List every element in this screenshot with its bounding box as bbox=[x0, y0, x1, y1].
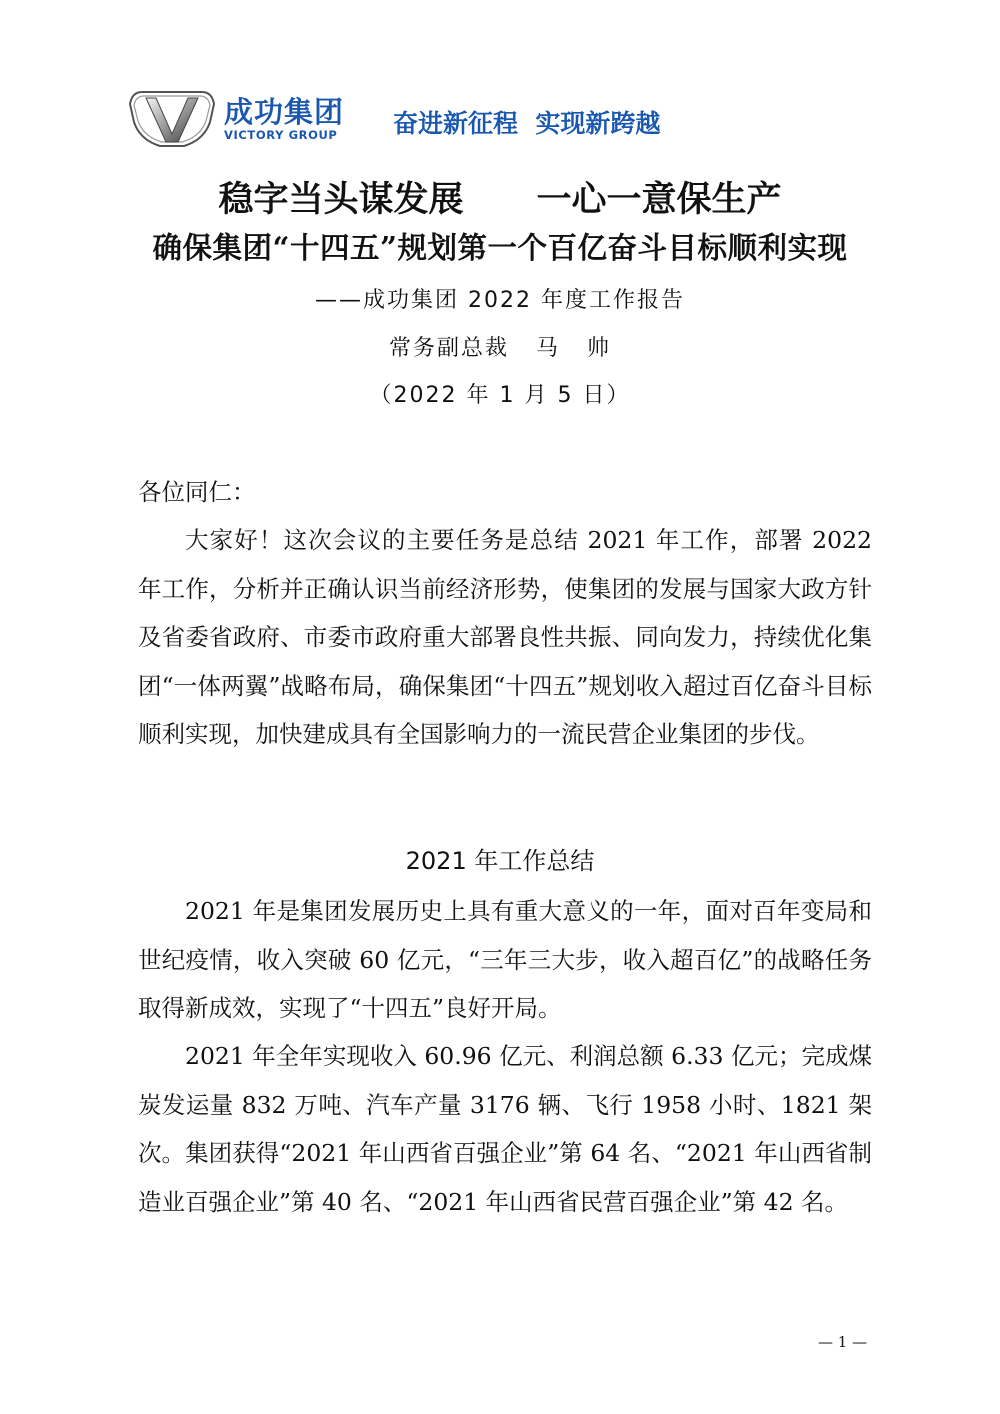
header-banner: 成功集团 VICTORY GROUP 奋进新征程 实现新跨越 bbox=[128, 88, 688, 150]
document-page: 成功集团 VICTORY GROUP 奋进新征程 实现新跨越 稳字当头谋发展 一… bbox=[0, 0, 1000, 1414]
speaker-line: 常务副总裁 马 帅 bbox=[0, 334, 1000, 364]
page-number: — 1 — bbox=[818, 1333, 867, 1351]
summary-paragraph: 2021 年是集团发展历史上具有重大意义的一年，面对百年变局和世纪疫情，收入突破… bbox=[138, 887, 872, 1033]
results-paragraph: 2021 年全年实现收入 60.96 亿元、利润总额 6.33 亿元；完成煤炭发… bbox=[138, 1032, 872, 1226]
victory-logo-icon bbox=[128, 88, 216, 150]
brand-name-cn: 成功集团 bbox=[224, 96, 344, 128]
main-title: 稳字当头谋发展 一心一意保生产 bbox=[0, 178, 1000, 222]
brand-logo: 成功集团 VICTORY GROUP bbox=[224, 96, 344, 142]
section-heading: 2021 年工作总结 bbox=[0, 843, 1000, 879]
header-slogan: 奋进新征程 实现新跨越 bbox=[393, 104, 660, 140]
report-date: （2022 年 1 月 5 日） bbox=[0, 381, 1000, 411]
brand-name-en: VICTORY GROUP bbox=[224, 128, 344, 142]
report-name: ——成功集团 2022 年度工作报告 bbox=[0, 286, 1000, 316]
intro-paragraph: 大家好！这次会议的主要任务是总结 2021 年工作，部署 2022 年工作，分析… bbox=[138, 516, 872, 759]
main-subtitle: 确保集团“十四五”规划第一个百亿奋斗目标顺利实现 bbox=[0, 228, 1000, 268]
salutation: 各位同仁： bbox=[138, 468, 872, 517]
